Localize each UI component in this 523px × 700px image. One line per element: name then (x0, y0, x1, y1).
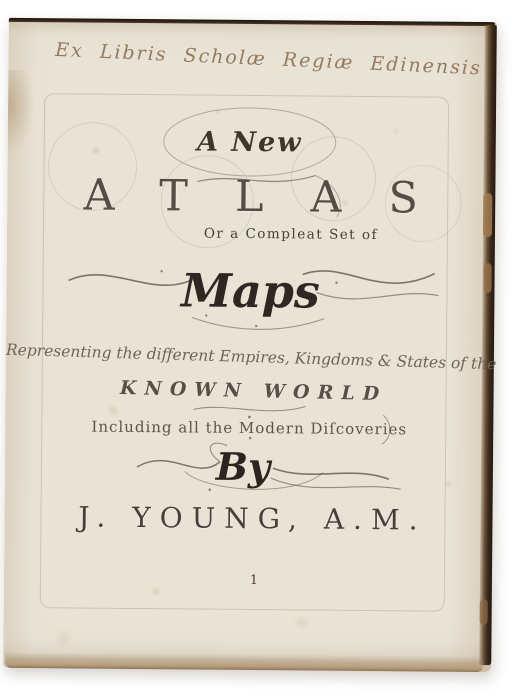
title-line-by: By (0, 442, 487, 491)
title-line-atlas: ATLAS (30, 170, 518, 224)
plate-number: 1 (244, 573, 264, 588)
book-title-page: Ex Libris Scholæ Regiæ Edinensis A New A… (3, 18, 497, 672)
title-cartouche: A New (167, 111, 334, 172)
corner-wear (8, 70, 35, 156)
title-line-a-new: A New (197, 126, 303, 158)
photograph-background: Ex Libris Scholæ Regiæ Edinensis A New A… (0, 0, 523, 700)
fore-edge-wear-patch (480, 599, 488, 625)
title-line-maps: Maps (6, 262, 494, 320)
page-bottom-edge (5, 652, 483, 672)
author-name: J. YOUNG, A.M. (8, 500, 496, 537)
